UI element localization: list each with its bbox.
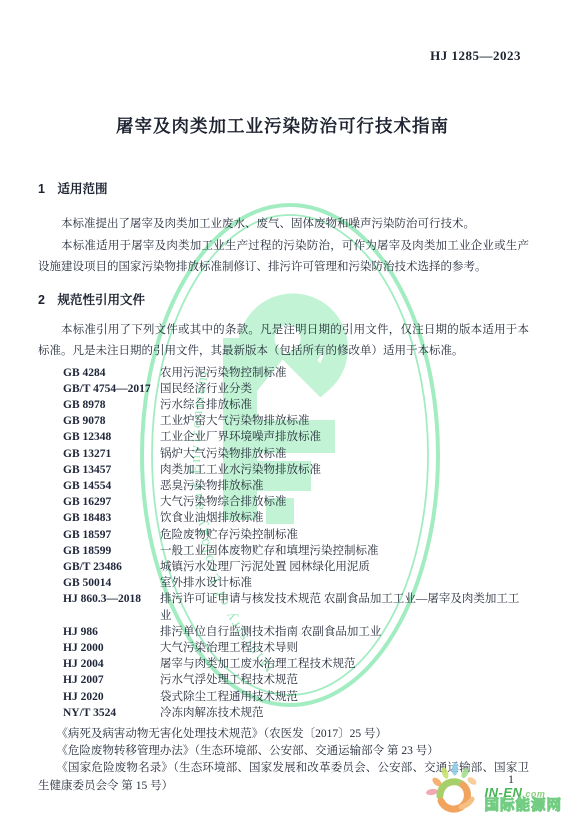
standard-code: GB 18599 (63, 543, 160, 559)
standard-code: GB 14554 (63, 478, 160, 494)
standard-name: 一般工业固体废物贮存和填埋污染控制标准 (160, 543, 529, 559)
in-en-site-label: IN-EN.com (485, 786, 563, 799)
standard-code: HJ 2004 (63, 656, 160, 672)
standard-name: 肉类加工工业水污染物排放标准 (160, 462, 529, 478)
standard-row: HJ 2020 袋式除尘工程通用技术规范 (63, 689, 529, 705)
standard-row: NY/T 3524 冷冻肉解冻技术规范 (63, 705, 529, 721)
standard-code: HJ 2020 (63, 689, 160, 705)
standard-row: GB 13457 肉类加工工业水污染物排放标准 (63, 462, 529, 478)
standard-name: 排污许可证申请与核发技术规范 农副食品加工工业—屠宰及肉类加工工业 (160, 591, 529, 623)
standard-code: GB 8978 (63, 397, 160, 413)
standard-name: 农用污泥污染物控制标准 (160, 365, 529, 381)
standard-row: GB 13271 锅炉大气污染物排放标准 (63, 446, 529, 462)
standard-row: GB/T 23486 城镇污水处理厂污泥处置 园林绿化用泥质 (63, 559, 529, 575)
standard-name: 室外排水设计标准 (160, 575, 529, 591)
section-2-intro: 本标准引用了下列文件或其中的条款。凡是注明日期的引用文件，仅注日期的版本适用于本… (38, 320, 529, 363)
section-2-heading: 2 规范性引用文件 (38, 290, 529, 308)
in-en-dotcom: .com (522, 789, 545, 799)
document-body: 1 适用范围 本标准提出了屠宰及肉类加工业废水、废气、固体废物和噪声污染防治可行… (38, 179, 529, 795)
standard-row: HJ 2000 大气污染治理工程技术导则 (63, 640, 529, 656)
standard-name: 国民经济行业分类 (160, 381, 529, 397)
standard-row: GB 12348 工业企业厂界环境噪声排放标准 (63, 429, 529, 445)
standard-row: GB 50014 室外排水设计标准 (63, 575, 529, 591)
document-page: Ministry of Ecology and Environment HJ 1… (0, 0, 565, 822)
standard-row: GB 18483 饮食业油烟排放标准 (63, 510, 529, 526)
document-citation: 《危险废物转移管理办法》（生态环境部、公安部、交通运输部令 第 23 号） (38, 743, 529, 760)
in-en-chinese-name: 国际能源网 (485, 799, 563, 814)
standard-code: GB 16297 (63, 494, 160, 510)
section-1-heading: 1 适用范围 (38, 179, 529, 197)
standard-row: GB 18597 危险废物贮存污染控制标准 (63, 527, 529, 543)
standard-code: HJ 2000 (63, 640, 160, 656)
in-en-logo: IN-EN.com 国际能源网 (425, 761, 563, 817)
standard-row: GB 8978 污水综合排放标准 (63, 397, 529, 413)
standard-name: 工业企业厂界环境噪声排放标准 (160, 429, 529, 445)
standard-code: NY/T 3524 (63, 705, 160, 721)
standard-code: HJ 860.3—2018 (63, 591, 160, 623)
standard-name: 排污单位自行监测技术指南 农副食品加工业 (160, 624, 529, 640)
standard-code: GB 12348 (63, 429, 160, 445)
standard-code: GB 9078 (63, 413, 160, 429)
standard-name: 恶臭污染物排放标准 (160, 478, 529, 494)
standard-name: 大气污染治理工程技术导则 (160, 640, 529, 656)
standard-row: GB 16297 大气污染物综合排放标准 (63, 494, 529, 510)
standard-name: 城镇污水处理厂污泥处置 园林绿化用泥质 (160, 559, 529, 575)
standard-number: HJ 1285—2023 (430, 48, 521, 64)
standard-name: 污水气浮处理工程技术规范 (160, 672, 529, 688)
document-citation: 《病死及病害动物无害化处理技术规范》（农医发〔2017〕25 号） (38, 726, 529, 743)
standard-name: 袋式除尘工程通用技术规范 (160, 689, 529, 705)
standard-code: GB 18597 (63, 527, 160, 543)
standard-row: GB 4284 农用污泥污染物控制标准 (63, 365, 529, 381)
standard-row: GB/T 4754—2017 国民经济行业分类 (63, 381, 529, 397)
standard-name: 饮食业油烟排放标准 (160, 510, 529, 526)
standard-row: GB 9078 工业炉窑大气污染物排放标准 (63, 413, 529, 429)
standard-code: HJ 986 (63, 624, 160, 640)
standard-name: 冷冻肉解冻技术规范 (160, 705, 529, 721)
referenced-standards-list: GB 4284 农用污泥污染物控制标准 GB/T 4754—2017 国民经济行… (63, 365, 529, 721)
standard-row: HJ 2007 污水气浮处理工程技术规范 (63, 672, 529, 688)
standard-name: 大气污染物综合排放标准 (160, 494, 529, 510)
standard-name: 危险废物贮存污染控制标准 (160, 527, 529, 543)
standard-row: HJ 986 排污单位自行监测技术指南 农副食品加工业 (63, 624, 529, 640)
standard-code: GB 18483 (63, 510, 160, 526)
standard-name: 锅炉大气污染物排放标准 (160, 446, 529, 462)
standard-name: 屠宰与肉类加工废水治理工程技术规范 (160, 656, 529, 672)
standard-name: 工业炉窑大气污染物排放标准 (160, 413, 529, 429)
standard-code: HJ 2007 (63, 672, 160, 688)
standard-row: GB 14554 恶臭污染物排放标准 (63, 478, 529, 494)
document-title: 屠宰及肉类加工业污染防治可行技术指南 (0, 113, 565, 138)
standard-row: HJ 2004 屠宰与肉类加工废水治理工程技术规范 (63, 656, 529, 672)
in-en-logo-text: IN-EN.com 国际能源网 (485, 786, 563, 818)
standard-code: GB 50014 (63, 575, 160, 591)
standard-code: GB/T 4754—2017 (63, 381, 160, 397)
standard-code: GB 4284 (63, 365, 160, 381)
standard-name: 污水综合排放标准 (160, 397, 529, 413)
section-1-paragraph-1: 本标准提出了屠宰及肉类加工业废水、废气、固体废物和噪声污染防治可行技术。 (38, 214, 529, 236)
standard-code: GB 13457 (63, 462, 160, 478)
section-1-paragraph-2: 本标准适用于屠宰及肉类加工业生产过程的污染防治，可作为屠宰及肉类加工业企业或生产… (38, 236, 529, 279)
in-en-flower-icon (425, 761, 483, 817)
standard-code: GB/T 23486 (63, 559, 160, 575)
standard-code: GB 13271 (63, 446, 160, 462)
standard-row: GB 18599 一般工业固体废物贮存和填埋污染控制标准 (63, 543, 529, 559)
standard-row: HJ 860.3—2018 排污许可证申请与核发技术规范 农副食品加工工业—屠宰… (63, 591, 529, 623)
